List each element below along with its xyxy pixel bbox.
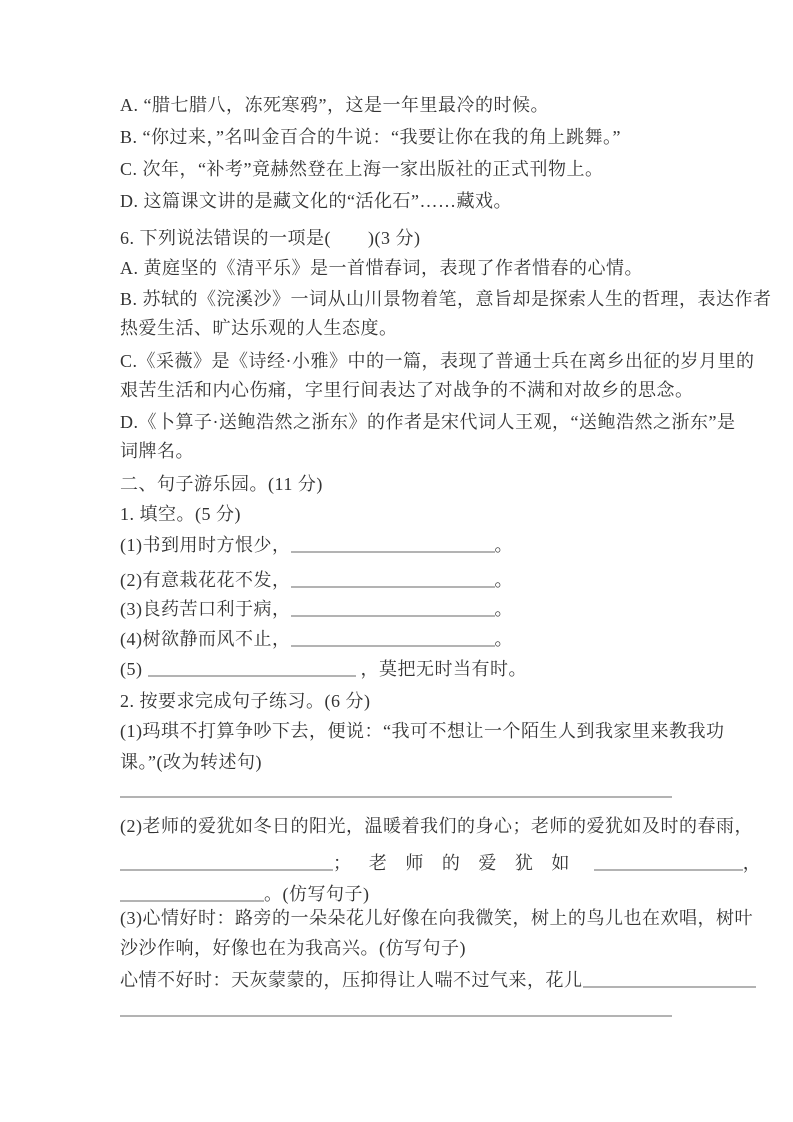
text-segment: 。: [495, 535, 514, 555]
section2-heading: 二、句子游乐园。(11 分): [120, 472, 323, 496]
q2-3-line2: 沙沙作响，好像也在为我高兴。(仿写句子): [120, 936, 466, 960]
fill-blank-4: (4)树欲静而风不止，。: [120, 627, 513, 651]
answer-blank: [291, 572, 495, 588]
text-segment: 2. 按要求完成句子练习。(6 分): [120, 691, 371, 711]
text-segment: 。: [495, 599, 514, 619]
text-segment: (3)良药苦口利于病，: [120, 599, 291, 619]
text-segment: A. “腊七腊八，冻死寒鸦”，这是一年里最冷的时候。: [120, 95, 549, 115]
section2-q1-stem: 1. 填空。(5 分): [120, 502, 241, 526]
q6-option-c-line1: C.《采薇》是《诗经·小雅》中的一篇，表现了普通士兵在离乡出征的岁月里的: [120, 349, 755, 373]
text-segment: 热爱生活、旷达乐观的人生态度。: [120, 318, 398, 338]
answer-blank: [291, 537, 495, 553]
text-segment: B. “你过来，”名叫金百合的牛说：“我要让你在我的角上跳舞。”: [120, 127, 621, 147]
answer-blank: [291, 631, 495, 647]
text-segment: 6. 下列说法错误的一项是( )(3 分): [120, 228, 420, 248]
text-segment: 词牌名。: [120, 441, 194, 461]
answer-blank: [120, 855, 333, 871]
text-segment: ，: [743, 853, 762, 873]
text-segment: ；ᅟ: [333, 853, 369, 873]
q2-1-line1: (1)玛琪不打算争吵下去，便说：“我可不想让一个陌生人到我家里来教我功: [120, 719, 724, 743]
q6-option-d-line2: 词牌名。: [120, 439, 194, 463]
answer-rule-1: [120, 796, 672, 798]
text-segment: 二、句子游乐园。(11 分): [120, 474, 323, 494]
text-segment: C. 次年，“补考”竟赫然登在上海一家出版社的正式刊物上。: [120, 159, 603, 179]
q2-2-line1: (2)老师的爱犹如冬日的阳光，温暖着我们的身心；老师的爱犹如及时的春雨，: [120, 814, 753, 838]
text-segment: ，莫把无时当有时。: [356, 659, 528, 679]
text-segment: (3)心情好时：路旁的一朵朵花儿好像在向我微笑，树上的鸟儿也在欢唱，树叶: [120, 908, 753, 928]
text-segment: D. 这篇课文讲的是藏文化的“活化石”……藏戏。: [120, 191, 512, 211]
text-segment: (4)树欲静而风不止，: [120, 629, 291, 649]
fill-blank-5: (5) ，莫把无时当有时。: [120, 657, 527, 681]
q2-2-line3: 。(仿写句子): [120, 882, 370, 906]
fill-blank-1: (1)书到用时方恨少，。: [120, 533, 513, 557]
text-segment: (5): [120, 659, 148, 679]
text-segment: 。: [495, 570, 514, 590]
exam-page: A. “腊七腊八，冻死寒鸦”，这是一年里最冷的时候。B. “你过来，”名叫金百合…: [0, 0, 793, 1122]
text-segment: B. 苏轼的《浣溪沙》一词从山川景物着笔，意旨却是探索人生的哲理，表达作者: [120, 289, 772, 309]
q5-option-c: C. 次年，“补考”竟赫然登在上海一家出版社的正式刊物上。: [120, 157, 603, 181]
text-segment: (1)书到用时方恨少，: [120, 535, 291, 555]
text-segment: 艰苦生活和内心伤痛，字里行间表达了对战争的不满和对故乡的思念。: [120, 380, 694, 400]
text-segment: 老 师 的 爱 犹 如: [369, 853, 577, 873]
answer-blank: [120, 886, 264, 902]
q5-option-d: D. 这篇课文讲的是藏文化的“活化石”……藏戏。: [120, 189, 512, 213]
text-segment: C.《采薇》是《诗经·小雅》中的一篇，表现了普通士兵在离乡出征的岁月里的: [120, 351, 755, 371]
fill-blank-3: (3)良药苦口利于病，。: [120, 597, 513, 621]
answer-blank: [291, 601, 495, 617]
q5-option-a: A. “腊七腊八，冻死寒鸦”，这是一年里最冷的时候。: [120, 93, 549, 117]
answer-blank: [148, 661, 356, 677]
q6-stem: 6. 下列说法错误的一项是( )(3 分): [120, 226, 420, 250]
text-segment: 心情不好时：天灰蒙蒙的，压抑得让人喘不过气来，花儿: [120, 970, 583, 990]
text-segment: 。: [495, 629, 514, 649]
q2-3-line1: (3)心情好时：路旁的一朵朵花儿好像在向我微笑，树上的鸟儿也在欢唱，树叶: [120, 906, 753, 930]
q6-option-c-line2: 艰苦生活和内心伤痛，字里行间表达了对战争的不满和对故乡的思念。: [120, 378, 694, 402]
q5-option-b: B. “你过来，”名叫金百合的牛说：“我要让你在我的角上跳舞。”: [120, 125, 621, 149]
text-segment: 1. 填空。(5 分): [120, 504, 241, 524]
section2-q2-stem: 2. 按要求完成句子练习。(6 分): [120, 689, 371, 713]
fill-blank-2: (2)有意栽花花不发，。: [120, 568, 513, 592]
q2-3-line3: 心情不好时：天灰蒙蒙的，压抑得让人喘不过气来，花儿: [120, 968, 756, 992]
answer-blank: [583, 972, 756, 988]
text-segment: 课。”(改为转述句): [120, 752, 262, 772]
q2-1-line2: 课。”(改为转述句): [120, 750, 262, 774]
q2-2-line2: ；ᅟ老 师 的 爱 犹 如ᅟ，: [120, 851, 761, 875]
text-segment: (2)老师的爱犹如冬日的阳光，温暖着我们的身心；老师的爱犹如及时的春雨，: [120, 816, 753, 836]
q6-option-a: A. 黄庭坚的《清平乐》是一首惜春词，表现了作者惜春的心情。: [120, 256, 643, 280]
q6-option-b-line1: B. 苏轼的《浣溪沙》一词从山川景物着笔，意旨却是探索人生的哲理，表达作者: [120, 287, 772, 311]
q6-option-d-line1: D.《卜算子·送鲍浩然之浙东》的作者是宋代词人王观，“送鲍浩然之浙东”是: [120, 410, 735, 434]
text-segment: (1)玛琪不打算争吵下去，便说：“我可不想让一个陌生人到我家里来教我功: [120, 721, 724, 741]
text-segment: D.《卜算子·送鲍浩然之浙东》的作者是宋代词人王观，“送鲍浩然之浙东”是: [120, 412, 735, 432]
q6-option-b-line2: 热爱生活、旷达乐观的人生态度。: [120, 316, 398, 340]
text-segment: ᅟ: [576, 853, 593, 873]
answer-blank: [594, 855, 743, 871]
answer-rule-2: [120, 1015, 672, 1017]
text-segment: 。(仿写句子): [264, 884, 370, 904]
text-segment: A. 黄庭坚的《清平乐》是一首惜春词，表现了作者惜春的心情。: [120, 258, 643, 278]
text-segment: (2)有意栽花花不发，: [120, 570, 291, 590]
text-segment: 沙沙作响，好像也在为我高兴。(仿写句子): [120, 938, 466, 958]
